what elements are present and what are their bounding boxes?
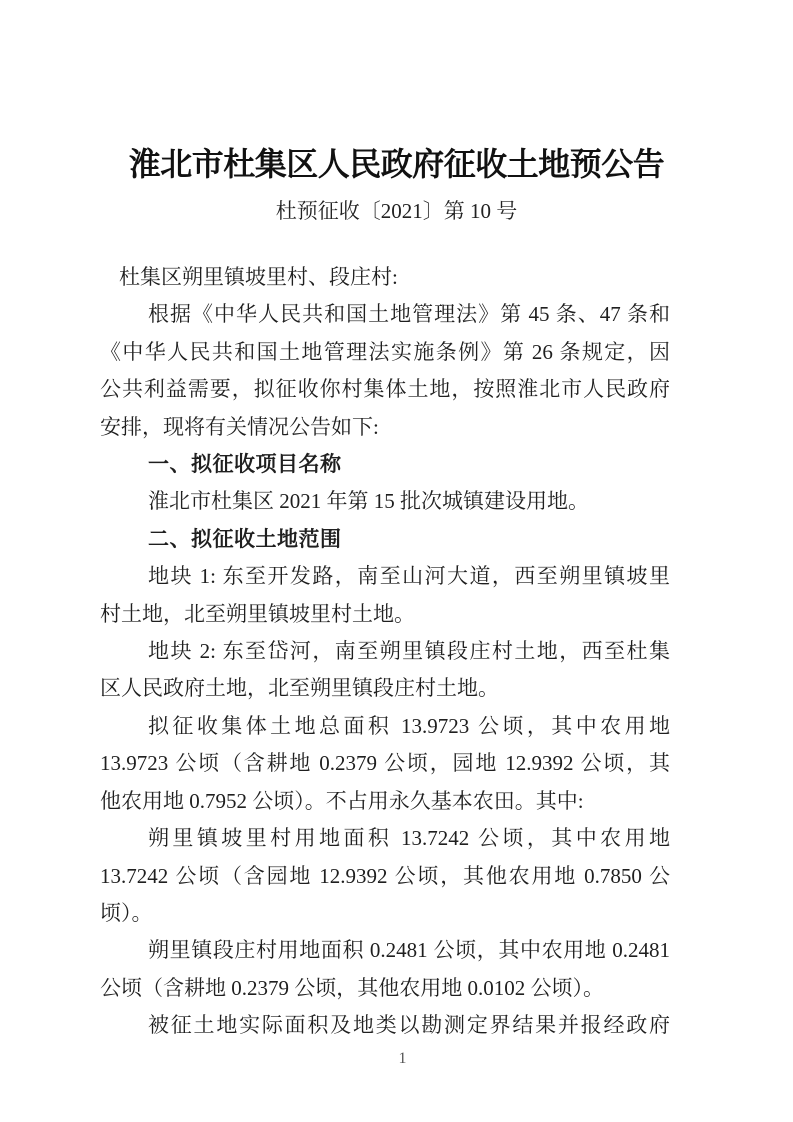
body-line: 《中华人民共和国土地管理法实施条例》第 26 条规定，因 xyxy=(100,334,670,371)
body-line: 地块 2: 东至岱河，南至朔里镇段庄村土地，西至杜集 xyxy=(100,633,670,670)
body-line: 公顷（含耕地 0.2379 公顷，其他农用地 0.0102 公顷）。 xyxy=(100,970,670,1007)
section-heading-line: 二、拟征收土地范围 xyxy=(100,521,670,558)
body-line: 根据《中华人民共和国土地管理法》第 45 条、47 条和 xyxy=(100,296,670,333)
body-line: 杜集区朔里镇坡里村、段庄村: xyxy=(100,259,670,296)
page-number: 1 xyxy=(12,1050,793,1068)
document-body: 杜集区朔里镇坡里村、段庄村:根据《中华人民共和国土地管理法》第 45 条、47 … xyxy=(100,259,670,1045)
body-line: 他农用地 0.7952 公顷）。不占用永久基本农田。其中: xyxy=(100,783,670,820)
body-line: 村土地，北至朔里镇坡里村土地。 xyxy=(100,596,670,633)
body-line: 区人民政府土地，北至朔里镇段庄村土地。 xyxy=(100,670,670,707)
body-line: 拟征收集体土地总面积 13.9723 公顷，其中农用地 xyxy=(100,708,670,745)
document-number: 杜预征收〔2021〕第 10 号 xyxy=(0,196,793,226)
body-line: 朔里镇段庄村用地面积 0.2481 公顷，其中农用地 0.2481 xyxy=(100,932,670,969)
document-title: 淮北市杜集区人民政府征收土地预公告 xyxy=(0,144,793,184)
body-line: 地块 1: 东至开发路，南至山河大道，西至朔里镇坡里 xyxy=(100,558,670,595)
body-line: 被征土地实际面积及地类以勘测定界结果并报经政府 xyxy=(100,1007,670,1044)
body-line: 13.7242 公顷（含园地 12.9392 公顷，其他农用地 0.7850 公 xyxy=(100,858,670,895)
body-line: 淮北市杜集区 2021 年第 15 批次城镇建设用地。 xyxy=(100,483,670,520)
body-line: 公共利益需要，拟征收你村集体土地，按照淮北市人民政府 xyxy=(100,371,670,408)
body-line: 13.9723 公顷（含耕地 0.2379 公顷，园地 12.9392 公顷，其 xyxy=(100,745,670,782)
body-line: 朔里镇坡里村用地面积 13.7242 公顷，其中农用地 xyxy=(100,820,670,857)
body-line: 安排，现将有关情况公告如下: xyxy=(100,409,670,446)
scanned-document-page: 淮北市杜集区人民政府征收土地预公告 杜预征收〔2021〕第 10 号 杜集区朔里… xyxy=(0,0,793,1122)
section-heading-line: 一、拟征收项目名称 xyxy=(100,446,670,483)
body-line: 顷）。 xyxy=(100,895,670,932)
